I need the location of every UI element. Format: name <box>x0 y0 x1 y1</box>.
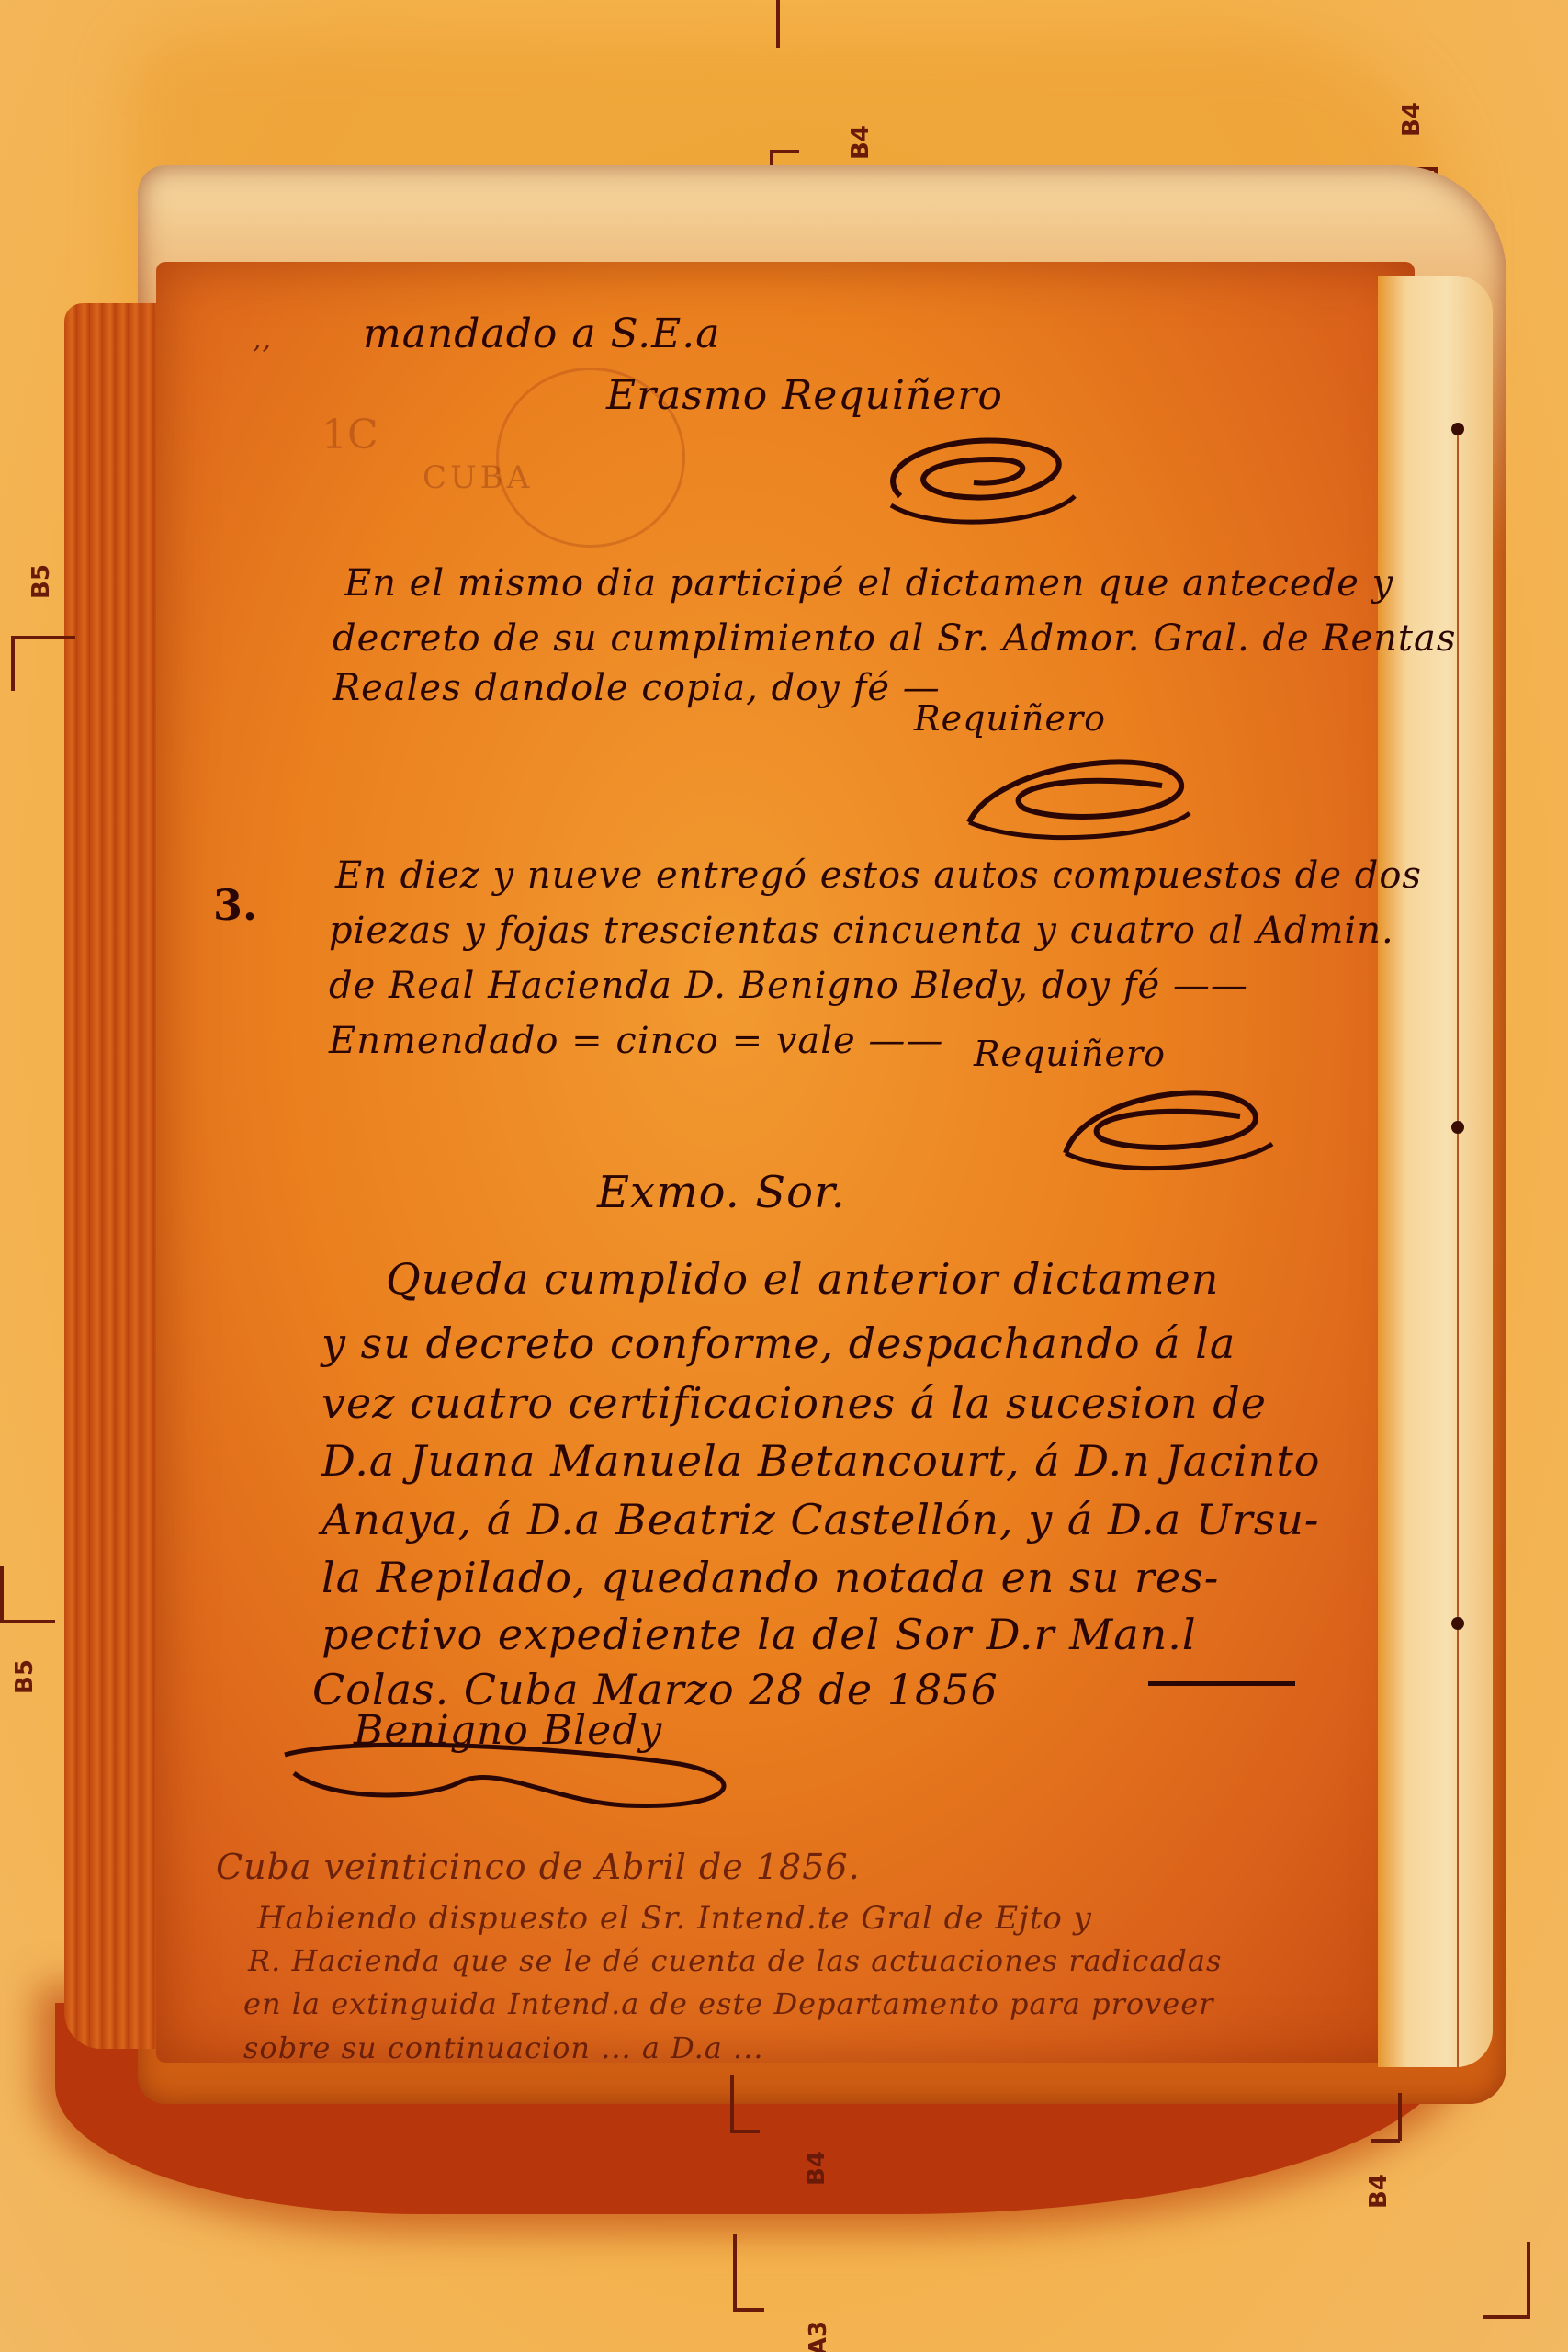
marker-b4-top-2: B4 <box>1398 102 1426 137</box>
crop-mark-b4-bottom-left-v <box>730 2075 734 2130</box>
entry-4-line-1: Queda cumplido el anterior dictamen <box>386 1254 1219 1304</box>
crop-mark-a3-h <box>733 2308 764 2312</box>
entry-3-line-3: de Real Hacienda D. Benigno Bledy, doy f… <box>329 965 1248 1007</box>
entry-2-signature-name: Requiñero <box>914 698 1106 739</box>
marker-b4-bottom-1: B4 <box>803 2151 830 2186</box>
salutation: Exmo. Sor. <box>597 1167 846 1218</box>
page-left-edges <box>64 303 165 2049</box>
entry-1-line-1: mandado a S.E.a <box>363 311 720 357</box>
entry-3-line-4: Enmendado = cinco = vale —— <box>329 1020 943 1062</box>
crop-mark-b4-bottom-right-h <box>1371 2139 1400 2143</box>
marker-b4-bottom-2: B4 <box>1365 2174 1393 2209</box>
binding-strip <box>1378 276 1493 2067</box>
entry-5-line-1: Cuba veinticinco de Abril de 1856. <box>216 1847 861 1887</box>
crop-mark-b5-left-1-v <box>11 636 15 691</box>
entry-4-line-4: D.a Juana Manuela Betancourt, á D.n Jaci… <box>321 1436 1321 1486</box>
stamp-fragment-1: 1C <box>321 412 378 458</box>
entry-4-line-7: pectivo expediente la del Sor D.r Man.l <box>321 1610 1197 1659</box>
entry-2-line-3: Reales dandole copia, doy fé — <box>333 667 941 709</box>
crop-mark-bottom-right-v <box>1527 2242 1530 2319</box>
top-crop-line <box>776 0 780 48</box>
entry-5-line-3: R. Hacienda que se le dé cuenta de las a… <box>248 1943 1222 1978</box>
entry-4-line-3: vez cuatro certificaciones á la sucesion… <box>321 1378 1267 1428</box>
signature-flourish <box>863 404 1084 533</box>
signature-flourish <box>1047 1066 1277 1176</box>
entry-5-line-4: en la extinguida Intend.a de este Depart… <box>243 1986 1213 2021</box>
binding-hole <box>1451 1121 1464 1134</box>
crop-mark-b4-bottom-right-v <box>1398 2093 1402 2141</box>
margin-number: 3. <box>213 880 257 930</box>
binding-hole <box>1451 423 1464 435</box>
binding-hole <box>1451 1617 1464 1630</box>
crop-mark-b5-left-2-v <box>0 1566 4 1622</box>
crop-mark-b4-top-left-h <box>770 150 799 153</box>
binding-thread <box>1457 432 1459 2067</box>
marker-b5-left-1: B5 <box>28 564 55 599</box>
crop-mark-bottom-right-h <box>1483 2315 1529 2319</box>
crop-mark-a3-v <box>733 2234 737 2312</box>
entry-4-line-5: Anaya, á D.a Beatriz Castellón, y á D.a … <box>321 1495 1319 1544</box>
entry-2-line-2: decreto de su cumplimiento al Sr. Admor.… <box>333 617 1456 660</box>
ditto-mark: ,, <box>253 323 272 356</box>
marker-a3-bottom: A3 <box>805 2321 832 2352</box>
entry-3-line-1: En diez y nueve entregó estos autos comp… <box>335 854 1422 897</box>
entry-5-line-2: Habiendo dispuesto el Sr. Intend.te Gral… <box>257 1900 1092 1937</box>
crop-mark-b5-left-2-h <box>0 1620 55 1623</box>
entry-2-line-1: En el mismo dia participé el dictamen qu… <box>344 562 1393 605</box>
crop-mark-b4-bottom-left-h <box>730 2130 760 2133</box>
signature-flourish <box>960 735 1199 845</box>
marker-b4-top-1: B4 <box>847 125 874 160</box>
entry-4-line-6: la Repilado, quedando notada en su res- <box>321 1553 1219 1602</box>
stamp-fragment-2: CUBA <box>423 459 533 496</box>
entry-3-line-2: piezas y fojas trescientas cincuenta y c… <box>329 910 1394 952</box>
closing-line <box>1148 1681 1295 1686</box>
crop-mark-b5-left-1-h <box>11 636 75 639</box>
marker-b5-left-2: B5 <box>11 1659 39 1694</box>
entry-4-line-2: y su decreto conforme, despachando á la <box>321 1318 1235 1368</box>
signature-flourish <box>276 1727 753 1819</box>
entry-5-line-5: sobre su continuacion ... a D.a ... <box>243 2030 764 2065</box>
